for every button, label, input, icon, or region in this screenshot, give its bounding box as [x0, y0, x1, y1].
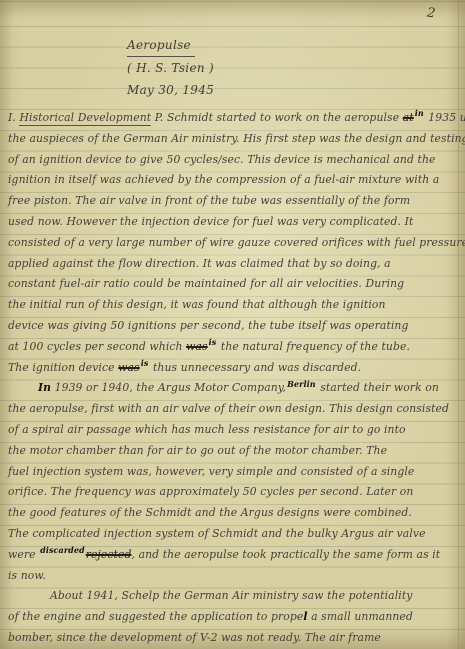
handwritten-text: bomber, since the development of V-2 was…	[8, 631, 381, 644]
handwritten-text: fuel injection system was, however, very…	[8, 465, 414, 478]
manuscript-line: bomber, since the development of V-2 was…	[8, 628, 457, 649]
struck-out-word: was	[118, 361, 140, 374]
handwritten-text: free piston. The air valve in front of t…	[8, 194, 410, 207]
manuscript-header: Aeropulse ( H. S. Tsien ) May 30, 1945	[127, 34, 214, 101]
manuscript-line: the good features of the Schmidt and the…	[8, 503, 457, 524]
manuscript-line: of a spiral air passage which has much l…	[8, 420, 457, 441]
manuscript-line: The complicated injection system of Schm…	[8, 524, 457, 545]
struck-out-word: rejected	[86, 548, 132, 561]
manuscript-line: the initial run of this design, it was f…	[8, 295, 457, 316]
section-heading: Historical Development	[19, 111, 151, 126]
handwritten-text: applied against the flow direction. It w…	[8, 257, 391, 270]
handwritten-text: device was giving 50 ignitions per secon…	[8, 319, 409, 332]
handwritten-text: 1935 under	[425, 111, 465, 124]
struck-out-word: was	[186, 340, 208, 353]
manuscript-line: is now.	[8, 566, 457, 587]
handwritten-text: 1939 or 1940, the Argus Motor Company,	[51, 381, 286, 394]
manuscript-line: constant fuel-air ratio could be maintai…	[8, 274, 457, 295]
handwritten-text: P. Schmidt started to work on the aeropu…	[151, 111, 403, 124]
dark-ink-correction: In	[38, 381, 51, 394]
handwritten-text: of a spiral air passage which has much l…	[8, 423, 406, 436]
manuscript-line: at 100 cycles per second which wasis the…	[8, 337, 457, 358]
document-title: Aeropulse	[127, 34, 195, 57]
handwritten-text: The complicated injection system of Schm…	[8, 527, 426, 540]
page-number: 2	[426, 5, 436, 21]
handwritten-text: of the engine and suggested the applicat…	[8, 610, 303, 623]
manuscript-line: the motor chamber than for air to go out…	[8, 441, 457, 462]
manuscript-line: applied against the flow direction. It w…	[8, 254, 457, 275]
document-date: May 30, 1945	[127, 79, 214, 101]
inserted-correction: Berlin	[287, 379, 316, 389]
manuscript-line: consisted of a very large number of wire…	[8, 233, 457, 254]
manuscript-body: I. Historical Development P. Schmidt sta…	[8, 108, 457, 649]
scanned-manuscript-page: 2 Aeropulse ( H. S. Tsien ) May 30, 1945…	[0, 0, 465, 649]
handwritten-text: the auspieces of the German Air ministry…	[8, 132, 465, 145]
handwritten-text: the initial run of this design, it was f…	[8, 298, 386, 311]
manuscript-line: were discardedrejected, and the aeropuls…	[8, 545, 457, 566]
handwritten-text: the motor chamber than for air to go out…	[8, 444, 387, 457]
handwritten-text: orifice. The frequency was approximately…	[8, 485, 413, 498]
handwritten-text: ignition in itself was achieved by the c…	[8, 173, 439, 186]
manuscript-line: free piston. The air valve in front of t…	[8, 191, 457, 212]
handwritten-text: the aeropulse, first with an air valve o…	[8, 402, 449, 415]
struck-out-word: at	[403, 111, 414, 124]
manuscript-line: of the engine and suggested the applicat…	[8, 607, 457, 628]
inserted-correction: in	[415, 108, 424, 118]
manuscript-line: the aeropulse, first with an air valve o…	[8, 399, 457, 420]
manuscript-line: ignition in itself was achieved by the c…	[8, 170, 457, 191]
inserted-correction: is	[141, 358, 149, 368]
handwritten-text: About 1941, Schelp the German Air minist…	[50, 589, 412, 602]
manuscript-line: the auspieces of the German Air ministry…	[8, 129, 457, 150]
manuscript-line: In 1939 or 1940, the Argus Motor Company…	[8, 378, 457, 399]
handwritten-text: The ignition device	[8, 361, 118, 374]
manuscript-line: of an ignition device to give 50 cycles/…	[8, 150, 457, 171]
handwritten-text: I.	[8, 111, 19, 124]
handwritten-text: a small unmanned	[308, 610, 413, 623]
handwritten-text: the natural frequency of the tube.	[217, 340, 410, 353]
manuscript-line: The ignition device wasis thus unnecessa…	[8, 358, 457, 379]
handwritten-text: is now.	[8, 569, 46, 582]
handwritten-text: the good features of the Schmidt and the…	[8, 506, 412, 519]
handwritten-text: of an ignition device to give 50 cycles/…	[8, 153, 436, 166]
manuscript-line: fuel injection system was, however, very…	[8, 462, 457, 483]
inserted-correction: is	[209, 337, 217, 347]
handwritten-text: were	[8, 548, 39, 561]
manuscript-line: used now. However the injection device f…	[8, 212, 457, 233]
document-author: ( H. S. Tsien )	[127, 57, 214, 79]
handwritten-text: consisted of a very large number of wire…	[8, 236, 465, 249]
handwritten-text: thus unnecessary and was discarded.	[149, 361, 361, 374]
manuscript-line: About 1941, Schelp the German Air minist…	[8, 586, 457, 607]
handwritten-text: used now. However the injection device f…	[8, 215, 413, 228]
handwritten-text: started their work on	[317, 381, 439, 394]
handwritten-text: , and the aeropulse took practically the…	[132, 548, 441, 561]
handwritten-text: at 100 cycles per second which	[8, 340, 186, 353]
manuscript-line: I. Historical Development P. Schmidt sta…	[8, 108, 457, 129]
handwritten-text: constant fuel-air ratio could be maintai…	[8, 277, 404, 290]
manuscript-line: device was giving 50 ignitions per secon…	[8, 316, 457, 337]
manuscript-line: orifice. The frequency was approximately…	[8, 482, 457, 503]
inserted-correction: discarded	[40, 545, 85, 555]
